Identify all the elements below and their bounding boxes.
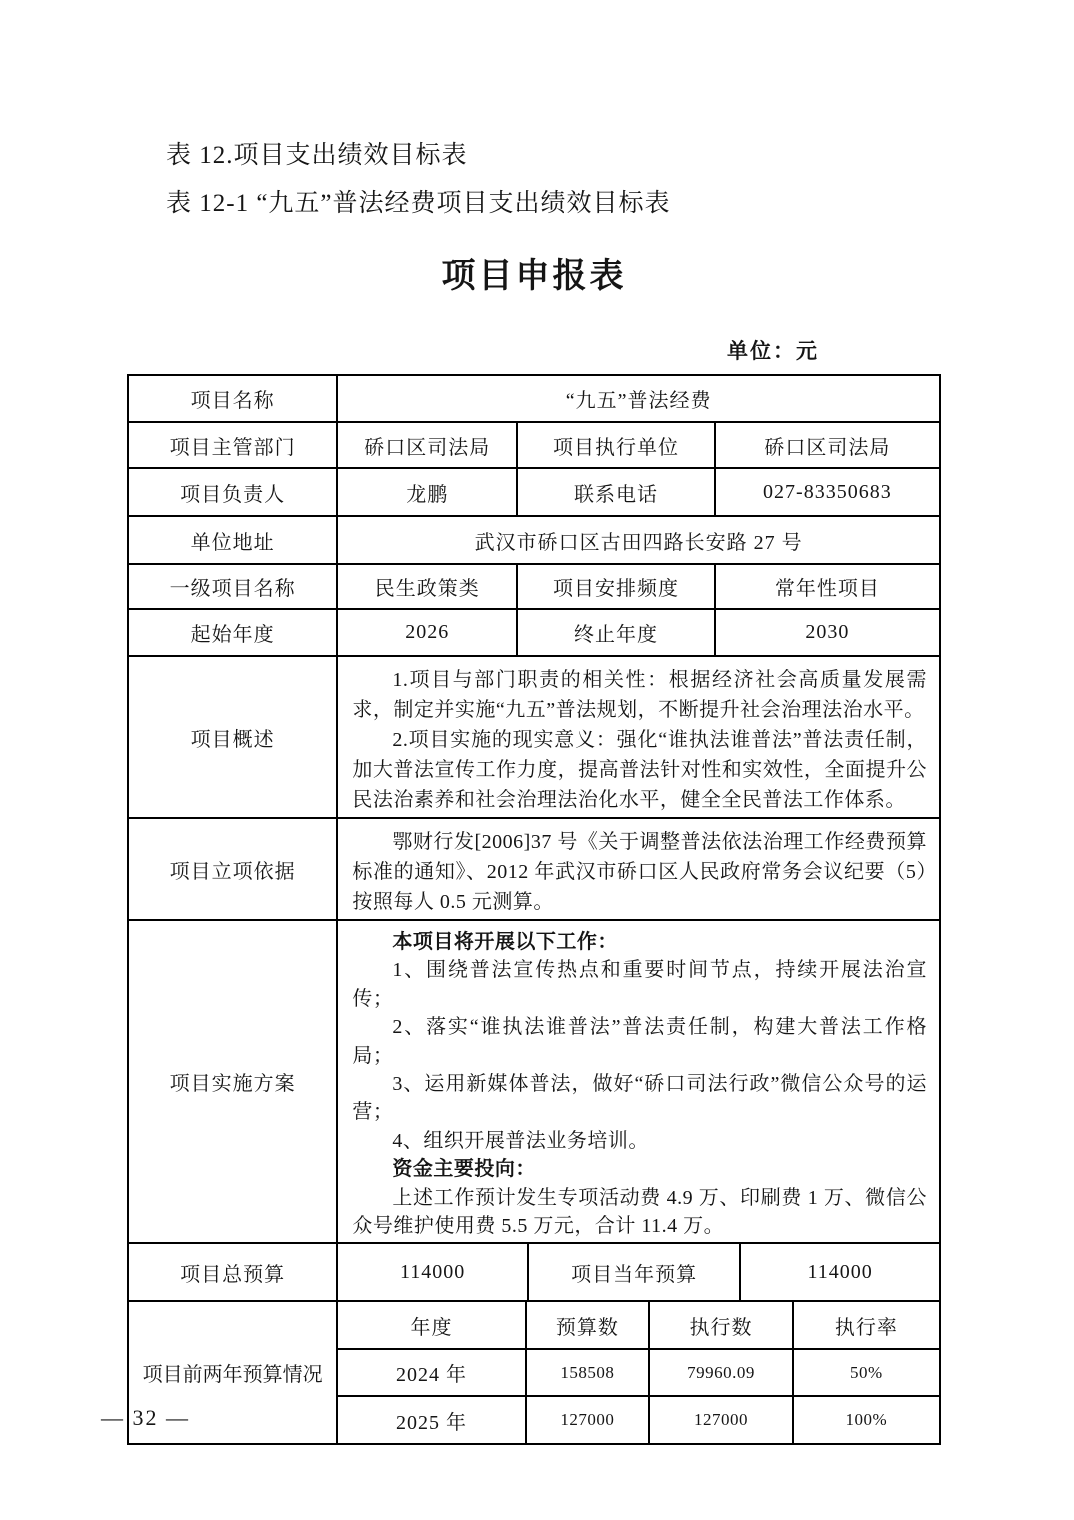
row-category: 一级项目名称 民生政策类 项目安排频度 常年性项目	[129, 563, 939, 608]
unit-label: 单位：元	[127, 335, 941, 365]
cell-frequency-value: 常年性项目	[714, 565, 939, 608]
history-header-executed: 执行数	[648, 1302, 792, 1348]
plan-item-4: 4、组织开展普法业务培训。	[352, 1127, 927, 1155]
basis-paragraph: 鄂财行发[2006]37 号《关于调整普法依法治理工作经费预算标准的通知》、20…	[352, 827, 927, 917]
plan-funds-heading: 资金主要投向：	[352, 1155, 927, 1183]
plan-work-heading: 本项目将开展以下工作：	[352, 928, 927, 956]
cell-phone-label: 联系电话	[516, 469, 714, 515]
history-subtable: 年度 预算数 执行数 执行率 2024 年 158508 79960.09 50…	[336, 1302, 939, 1443]
cell-end-year-label: 终止年度	[516, 610, 714, 655]
document-content: 表 12.项目支出绩效目标表 表 12-1 “九五”普法经费项目支出绩效目标表 …	[127, 0, 941, 1445]
cell-total-budget-label: 项目总预算	[129, 1244, 336, 1300]
cell-exec-unit-label: 项目执行单位	[516, 423, 714, 467]
history-row-2024: 2024 年 158508 79960.09 50%	[338, 1348, 939, 1395]
cell-total-budget-value: 114000	[336, 1244, 527, 1300]
cell-end-year-value: 2030	[714, 610, 939, 655]
history-header-row: 年度 预算数 执行数 执行率	[338, 1302, 939, 1348]
cell-basis-text: 鄂财行发[2006]37 号《关于调整普法依法治理工作经费预算标准的通知》、20…	[336, 819, 939, 919]
cell-address-value: 武汉市硚口区古田四路长安路 27 号	[336, 517, 939, 563]
row-address: 单位地址 武汉市硚口区古田四路长安路 27 号	[129, 515, 939, 563]
table-caption-line2: 表 12-1 “九五”普法经费项目支出绩效目标表	[127, 188, 941, 221]
application-form-table: 项目名称 “九五”普法经费 项目主管部门 硚口区司法局 项目执行单位 硚口区司法…	[127, 374, 941, 1445]
history-2024-budget: 158508	[525, 1350, 649, 1395]
cell-frequency-label: 项目安排频度	[516, 565, 714, 608]
history-header-year: 年度	[338, 1302, 524, 1348]
history-row-2025: 2025 年 127000 127000 100%	[338, 1395, 939, 1443]
document-page: 表 12.项目支出绩效目标表 表 12-1 “九五”普法经费项目支出绩效目标表 …	[0, 0, 1074, 1520]
row-leader-phone: 项目负责人 龙鹏 联系电话 027-83350683	[129, 467, 939, 515]
plan-funds-text: 上述工作预计发生专项活动费 4.9 万、印刷费 1 万、微信公众号维护使用费 5…	[352, 1184, 927, 1241]
cell-basis-label: 项目立项依据	[129, 819, 336, 919]
cell-leader-label: 项目负责人	[129, 469, 336, 515]
cell-start-year-label: 起始年度	[129, 610, 336, 655]
row-budget: 项目总预算 114000 项目当年预算 114000	[129, 1242, 939, 1300]
form-title: 项目申报表	[127, 248, 941, 297]
row-overview: 项目概述 1.项目与部门职责的相关性：根据经济社会高质量发展需求，制定并实施“九…	[129, 655, 939, 817]
history-2024-executed: 79960.09	[648, 1350, 792, 1395]
row-basis: 项目立项依据 鄂财行发[2006]37 号《关于调整普法依法治理工作经费预算标准…	[129, 817, 939, 919]
cell-overview-label: 项目概述	[129, 657, 336, 817]
history-header-budget: 预算数	[525, 1302, 649, 1348]
row-project-name: 项目名称 “九五”普法经费	[129, 376, 939, 421]
cell-project-name-value: “九五”普法经费	[336, 376, 939, 421]
section-budget-history: 项目前两年预算情况 年度 预算数 执行数 执行率 2024 年 158508 7…	[129, 1300, 939, 1443]
table-caption-line1: 表 12.项目支出绩效目标表	[127, 140, 941, 173]
history-header-rate: 执行率	[792, 1302, 939, 1348]
history-2025-rate: 100%	[792, 1397, 939, 1443]
page-number: — 32 —	[101, 1405, 190, 1431]
cell-overview-text: 1.项目与部门职责的相关性：根据经济社会高质量发展需求，制定并实施“九五”普法规…	[336, 657, 939, 817]
history-2024-year: 2024 年	[338, 1350, 524, 1395]
cell-current-budget-label: 项目当年预算	[527, 1244, 739, 1300]
plan-item-3: 3、运用新媒体普法，做好“硚口司法行政”微信公众号的运营；	[352, 1070, 927, 1127]
plan-item-1: 1、围绕普法宣传热点和重要时间节点，持续开展法治宣传；	[352, 956, 927, 1013]
cell-plan-label: 项目实施方案	[129, 921, 336, 1242]
cell-leader-value: 龙鹏	[336, 469, 516, 515]
cell-plan-text: 本项目将开展以下工作： 1、围绕普法宣传热点和重要时间节点，持续开展法治宣传； …	[336, 921, 939, 1242]
row-years: 起始年度 2026 终止年度 2030	[129, 608, 939, 655]
cell-address-label: 单位地址	[129, 517, 336, 563]
overview-paragraph-1: 1.项目与部门职责的相关性：根据经济社会高质量发展需求，制定并实施“九五”普法规…	[352, 665, 927, 725]
cell-category-label: 一级项目名称	[129, 565, 336, 608]
overview-paragraph-2: 2.项目实施的现实意义：强化“谁执法谁普法”普法责任制，加大普法宣传工作力度，提…	[352, 725, 927, 815]
cell-project-name-label: 项目名称	[129, 376, 336, 421]
row-departments: 项目主管部门 硚口区司法局 项目执行单位 硚口区司法局	[129, 421, 939, 467]
cell-phone-value: 027-83350683	[714, 469, 939, 515]
plan-item-2: 2、落实“谁执法谁普法”普法责任制，构建大普法工作格局；	[352, 1013, 927, 1070]
cell-exec-unit-value: 硚口区司法局	[714, 423, 939, 467]
row-plan: 项目实施方案 本项目将开展以下工作： 1、围绕普法宣传热点和重要时间节点，持续开…	[129, 919, 939, 1242]
cell-category-value: 民生政策类	[336, 565, 516, 608]
cell-dept-label: 项目主管部门	[129, 423, 336, 467]
cell-current-budget-value: 114000	[739, 1244, 939, 1300]
cell-dept-value: 硚口区司法局	[336, 423, 516, 467]
history-2024-rate: 50%	[792, 1350, 939, 1395]
history-2025-budget: 127000	[525, 1397, 649, 1443]
history-2025-executed: 127000	[648, 1397, 792, 1443]
history-2025-year: 2025 年	[338, 1397, 524, 1443]
cell-start-year-value: 2026	[336, 610, 516, 655]
